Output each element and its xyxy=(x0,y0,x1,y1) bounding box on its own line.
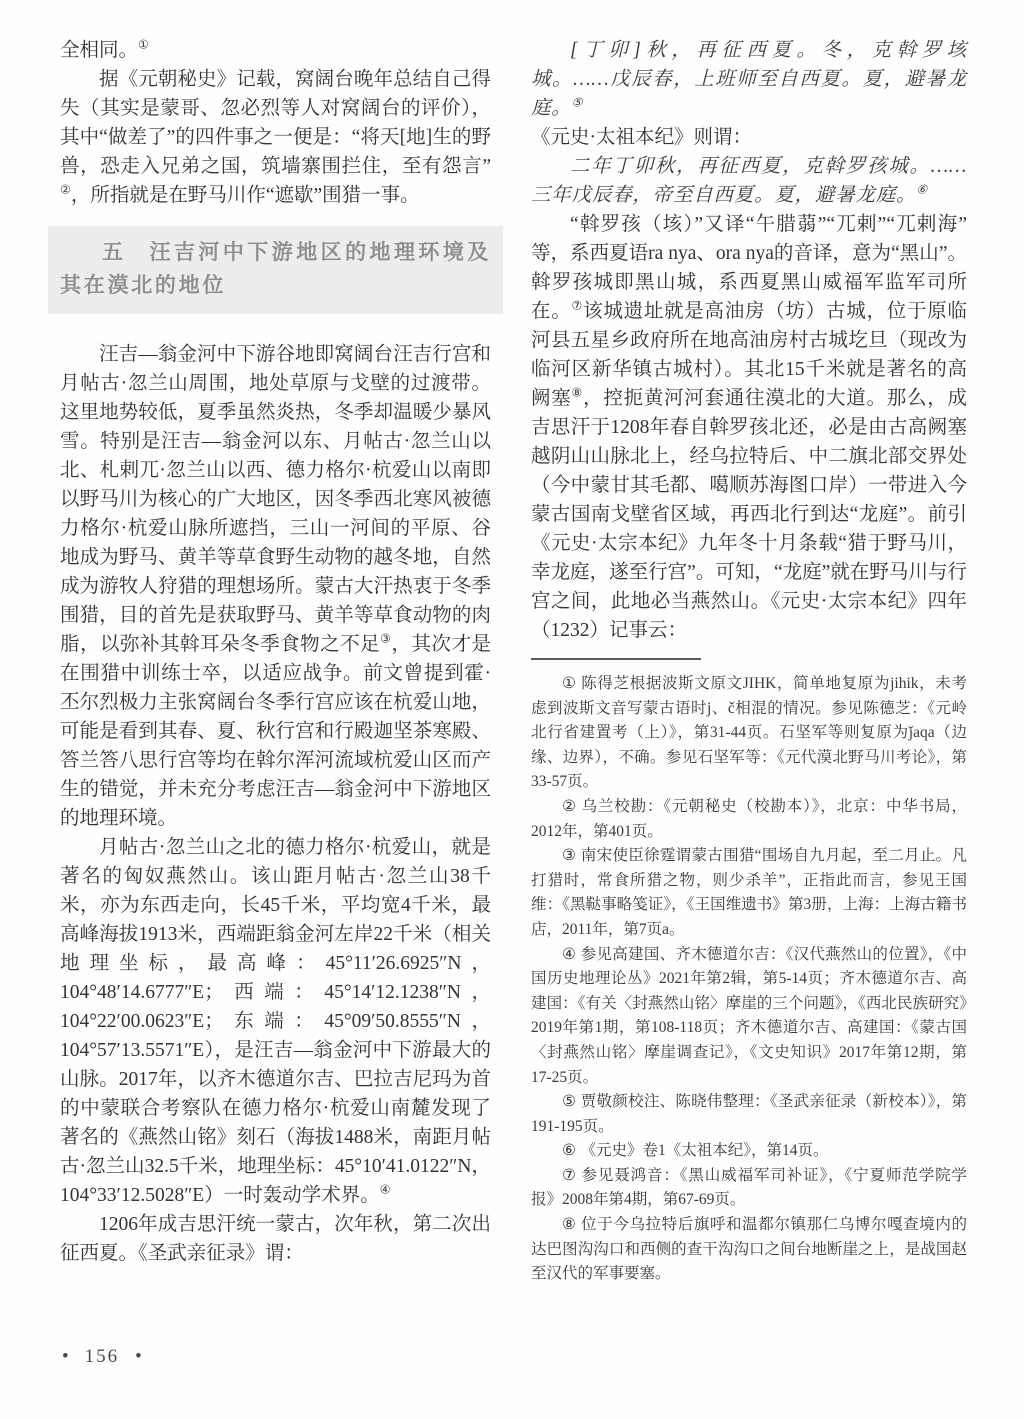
footnote-marker: ⑤ xyxy=(562,1093,576,1110)
footnote-item: ②乌兰校勘：《元朝秘史（校勘本）》，北京：中华书局，2012年，第401页。 xyxy=(531,795,967,844)
footnote-reference: ⑧ xyxy=(572,386,584,400)
footnote-text: 陈得芝根据波斯文原文JIHK，简单地复原为jihik，未考虑到波斯文音写蒙古语时… xyxy=(531,675,967,790)
section-number: 五 xyxy=(102,241,126,264)
footnote-text: 贾敬颜校注、陈晓伟整理：《圣武亲征录（新校本）》，第191-195页。 xyxy=(531,1093,967,1135)
footnote-reference: ① xyxy=(138,38,149,52)
journal-page: 全相同。① 据《元朝秘史》记载，窝阔台晚年总结自己得失（其实是蒙哥、忽必烈等人对… xyxy=(0,0,1024,1419)
paragraph: 月帖古·忽兰山之北的德力格尔·杭爱山，就是著名的匈奴燕然山。该山距月帖古·忽兰山… xyxy=(60,833,491,1210)
footnote-item: ⑤贾敬颜校注、陈晓伟整理：《圣武亲征录（新校本）》，第191-195页。 xyxy=(531,1090,967,1139)
footnote-item: ①陈得芝根据波斯文原文JIHK，简单地复原为jihik，未考虑到波斯文音写蒙古语… xyxy=(531,672,967,795)
paragraph: “斡罗孩（垓）”又译“午腊蒻”“兀剌”“兀剌海”等，系西夏语ra nya、ora… xyxy=(531,210,967,645)
right-column: [丁卯]秋，再征西夏。冬，克斡罗垓城。……戊辰春，上班师至自西夏。夏，避暑龙庭。… xyxy=(531,36,967,1287)
footnote-reference: ⑤ xyxy=(572,96,583,110)
footnote-item: ③南宋使臣徐霆谓蒙古围猎“围场自九月起，至二月止。凡打猎时，常食所猎之物，则少杀… xyxy=(531,844,967,942)
footnote-reference: ③ xyxy=(380,632,391,646)
footnote-divider xyxy=(531,658,701,660)
block-quote: [丁卯]秋，再征西夏。冬，克斡罗垓城。……戊辰春，上班师至自西夏。夏，避暑龙庭。… xyxy=(531,36,967,123)
footer-bullet-left: • xyxy=(62,1346,69,1367)
footnote-reference: ② xyxy=(60,183,71,197)
footnotes-block: ①陈得芝根据波斯文原文JIHK，简单地复原为jihik，未考虑到波斯文音写蒙古语… xyxy=(531,672,967,1287)
left-column: 全相同。① 据《元朝秘史》记载，窝阔台晚年总结自己得失（其实是蒙哥、忽必烈等人对… xyxy=(60,36,491,1268)
paragraph: 1206年成吉思汗统一蒙古，次年秋，第二次出征西夏。《圣武亲征录》谓： xyxy=(60,1210,491,1268)
footnote-marker: ③ xyxy=(562,847,576,864)
footnote-text: 南宋使臣徐霆谓蒙古围猎“围场自九月起，至二月止。凡打猎时，常食所猎之物，则少杀羊… xyxy=(531,847,967,938)
paragraph-continuation: 全相同。① xyxy=(60,36,491,65)
footnote-text: 乌兰校勘：《元朝秘史（校勘本）》，北京：中华书局，2012年，第401页。 xyxy=(531,798,967,840)
footnote-marker: ⑦ xyxy=(562,1167,577,1184)
footnote-item: ⑧位于今乌拉特后旗呼和温都尔镇那仁乌博尔嘎查境内的达巴图沟沟口和西侧的查干沟沟口… xyxy=(531,1213,967,1287)
paragraph: 《元史·太祖本纪》则谓： xyxy=(531,123,967,152)
footnote-text: 位于今乌拉特后旗呼和温都尔镇那仁乌博尔嘎查境内的达巴图沟沟口和西侧的查干沟沟口之… xyxy=(531,1216,967,1282)
block-quote: 二年丁卯秋，再征西夏，克斡罗孩城。……三年戊辰春，帝至自西夏。夏，避暑龙庭。⑥ xyxy=(531,152,967,210)
footnote-marker: ① xyxy=(562,675,577,692)
footnote-item: ⑥《元史》卷1《太祖本纪》，第14页。 xyxy=(531,1139,967,1164)
section-heading: 五汪吉河中下游地区的地理环境及其在漠北的地位 xyxy=(48,226,503,314)
footnote-text: 参见聂鸿音：《黑山威福军司补证》，《宁夏师范学院学报》2008年第4期，第67-… xyxy=(531,1167,967,1209)
footnote-marker: ② xyxy=(562,798,577,815)
footnote-marker: ④ xyxy=(562,946,576,963)
paragraph: 据《元朝秘史》记载，窝阔台晚年总结自己得失（其实是蒙哥、忽必烈等人对窝阔台的评价… xyxy=(60,65,491,210)
footnote-item: ⑦参见聂鸿音：《黑山威福军司补证》，《宁夏师范学院学报》2008年第4期，第67… xyxy=(531,1164,967,1213)
footnote-text: 《元史》卷1《太祖本纪》，第14页。 xyxy=(581,1142,829,1159)
footnote-item: ④参见高建国、齐木德道尔吉：《汉代燕然山的位置》，《中国历史地理论丛》2021年… xyxy=(531,943,967,1091)
footer-page-number: 156 xyxy=(85,1346,120,1367)
page-number: •156• xyxy=(62,1346,142,1368)
footnote-reference: ④ xyxy=(380,1183,391,1197)
paragraph: 汪吉—翁金河中下游谷地即窝阔台汪吉行宫和月帖古·忽兰山周围，地处草原与戈壁的过渡… xyxy=(60,340,491,833)
footnote-marker: ⑧ xyxy=(562,1216,577,1233)
footnote-text: 参见高建国、齐木德道尔吉：《汉代燕然山的位置》，《中国历史地理论丛》2021年第… xyxy=(531,946,967,1086)
footnote-reference: ⑥ xyxy=(916,183,927,197)
footnote-marker: ⑥ xyxy=(562,1142,576,1159)
footnote-reference: ⑦ xyxy=(572,299,584,313)
footer-bullet-right: • xyxy=(135,1346,142,1367)
